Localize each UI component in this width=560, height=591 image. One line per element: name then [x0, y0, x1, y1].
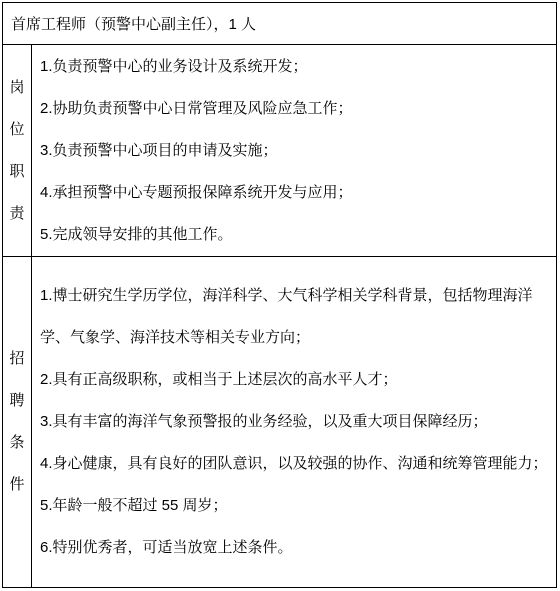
requirement-item: 4.身心健康，具有良好的团队意识，以及较强的协作、沟通和统筹管理能力； [40, 443, 548, 485]
requirements-label-char: 条 [9, 422, 24, 464]
duty-item: 5.完成领导安排的其他工作。 [40, 214, 548, 256]
requirement-item: 2.具有正高级职称，或相当于上述层次的高水平人才； [40, 359, 548, 401]
requirements-label-char: 招 [9, 338, 24, 380]
duties-content: 1.负责预警中心的业务设计及系统开发； 2.协助负责预警中心日常管理及风险应急工… [32, 45, 556, 256]
duties-label-char: 职 [9, 151, 24, 193]
requirement-item: 6.特别优秀者，可适当放宽上述条件。 [40, 527, 548, 569]
duty-item: 2.协助负责预警中心日常管理及风险应急工作； [40, 88, 548, 130]
job-posting-table: 首席工程师（预警中心副主任），1 人 岗 位 职 责 1.负责预警中心的业务设计… [2, 2, 557, 588]
requirements-row: 招 聘 条 件 1.博士研究生学历学位，海洋科学、大气科学相关学科背景，包括物理… [3, 257, 556, 587]
requirements-label-char: 聘 [9, 380, 24, 422]
duties-label: 岗 位 职 责 [3, 45, 32, 256]
duty-item: 4.承担预警中心专题预报保障系统开发与应用； [40, 172, 548, 214]
requirements-label: 招 聘 条 件 [3, 257, 32, 587]
duties-label-char: 岗 [9, 67, 24, 109]
table-header-row: 首席工程师（预警中心副主任），1 人 [3, 3, 556, 45]
duties-label-char: 位 [9, 109, 24, 151]
duties-label-char: 责 [9, 193, 24, 235]
requirement-item: 3.具有丰富的海洋气象预警报的业务经验，以及重大项目保障经历； [40, 401, 548, 443]
job-title: 首席工程师（预警中心副主任），1 人 [11, 13, 256, 34]
duties-row: 岗 位 职 责 1.负责预警中心的业务设计及系统开发； 2.协助负责预警中心日常… [3, 45, 556, 257]
requirements-label-char: 件 [9, 464, 24, 506]
duty-item: 1.负责预警中心的业务设计及系统开发； [40, 46, 548, 88]
requirement-item: 5.年龄一般不超过 55 周岁； [40, 485, 548, 527]
requirements-content: 1.博士研究生学历学位，海洋科学、大气科学相关学科背景，包括物理海洋学、气象学、… [32, 257, 556, 587]
duty-item: 3.负责预警中心项目的申请及实施； [40, 130, 548, 172]
requirement-item: 1.博士研究生学历学位，海洋科学、大气科学相关学科背景，包括物理海洋学、气象学、… [40, 275, 548, 359]
